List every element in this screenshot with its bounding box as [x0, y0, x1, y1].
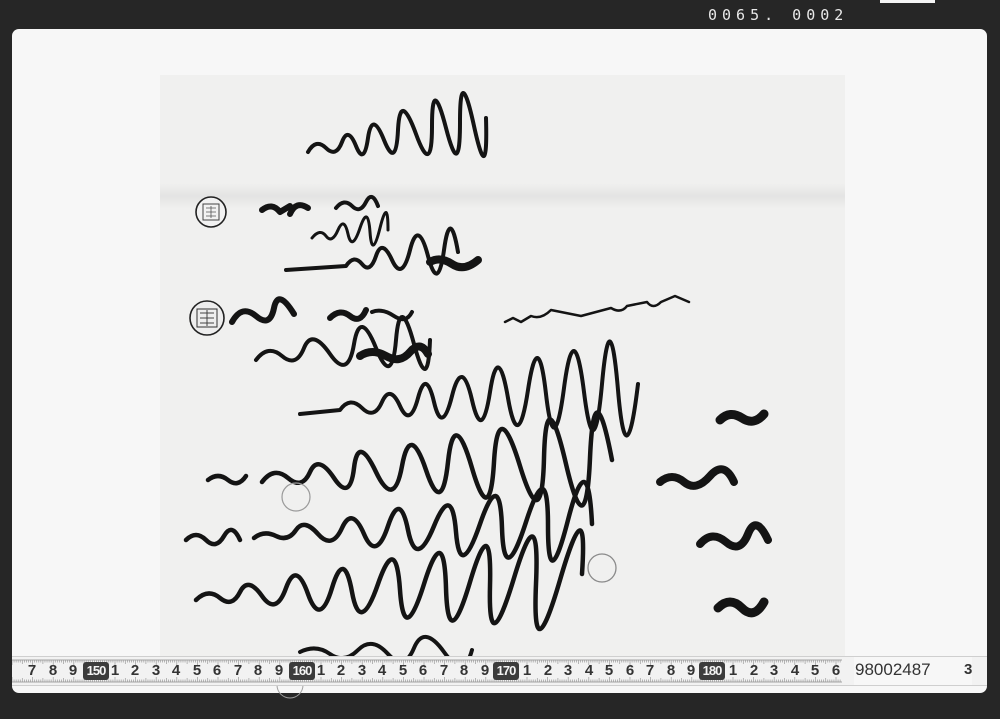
ruler-label: 7 [24, 657, 40, 685]
ink-body-line1b [720, 414, 764, 421]
ink-line-sig2 [312, 212, 388, 245]
ruler-label: 6 [209, 657, 225, 685]
ink-body-line3b [700, 525, 768, 546]
ruler-label: 6 [415, 657, 431, 685]
ruler-label: 1 [725, 657, 741, 685]
ruler-label: 3 [148, 657, 164, 685]
ruler-major-label: 180 [699, 662, 725, 680]
ruler-label: 8 [250, 657, 266, 685]
ruler-label: 3 [766, 657, 782, 685]
ink-line-title [308, 93, 486, 156]
ruler-label: 7 [436, 657, 452, 685]
ink-line-sig1b [336, 197, 378, 209]
ruler-label: 6 [828, 657, 844, 685]
ruler-label: 9 [477, 657, 493, 685]
ink-body-line2b [660, 469, 734, 486]
ruler-label: 9 [683, 657, 699, 685]
ruler-label: 4 [787, 657, 803, 685]
manuscript-ink [0, 0, 1000, 719]
ruler-label: 1 [107, 657, 123, 685]
ruler-label: 4 [581, 657, 597, 685]
ruler-label: 2 [746, 657, 762, 685]
ruler-label: 5 [807, 657, 823, 685]
faint-seal-ring-1 [282, 483, 310, 511]
ruler-label: 7 [642, 657, 658, 685]
ruler-label: 4 [168, 657, 184, 685]
ruler-major-label: 170 [493, 662, 519, 680]
ink-line-sig3b [430, 259, 478, 267]
ruler-label: 2 [333, 657, 349, 685]
ruler-major-label: 160 [289, 662, 315, 680]
ruler-label: 9 [271, 657, 287, 685]
seal-lower-icon [190, 301, 224, 335]
ruler-label: 5 [601, 657, 617, 685]
ruler-major-label: 150 [83, 662, 109, 680]
ruler-label: 5 [395, 657, 411, 685]
ruler-label: 6 [622, 657, 638, 685]
ruler-label: 8 [663, 657, 679, 685]
ruler-label: 2 [540, 657, 556, 685]
ruler-label: 5 [189, 657, 205, 685]
ruler-label: 1 [313, 657, 329, 685]
ruler-label: 7 [230, 657, 246, 685]
measurement-ruler: 7891501234567891601234567891701234567891… [12, 656, 987, 686]
ruler-label: 8 [456, 657, 472, 685]
ruler-label: 3 [354, 657, 370, 685]
ruler-label: 3 [560, 657, 576, 685]
catalog-number: 98002487 [855, 656, 931, 684]
ink-line-sig1 [262, 205, 308, 214]
ruler-label: 1 [519, 657, 535, 685]
seal-upper-icon [196, 197, 226, 227]
ruler-label: 4 [374, 657, 390, 685]
ink-line-sig4 [232, 299, 366, 322]
ruler-label: 8 [45, 657, 61, 685]
ink-body-line4b [718, 602, 764, 613]
ink-body-line4 [196, 530, 583, 629]
ruler-label: 9 [65, 657, 81, 685]
faint-seal-ring-2 [588, 554, 616, 582]
ink-line-sig3 [286, 228, 458, 273]
ruler-end-label: 3 [964, 656, 972, 684]
ink-line-date [505, 296, 689, 322]
ruler-label: 2 [127, 657, 143, 685]
